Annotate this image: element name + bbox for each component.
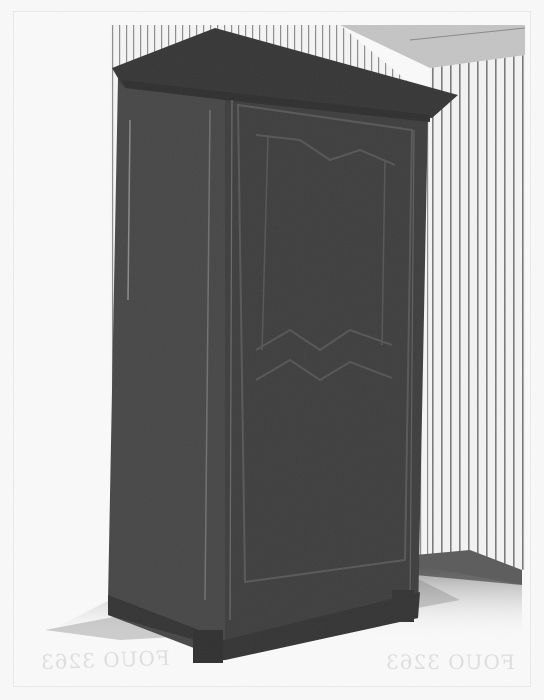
handwritten-showthrough-left: FOUO 3263	[40, 646, 171, 675]
handwritten-showthrough-right: FOUO 3263	[385, 650, 515, 674]
armoire-photo	[0, 0, 544, 700]
photo-scene	[0, 0, 544, 700]
